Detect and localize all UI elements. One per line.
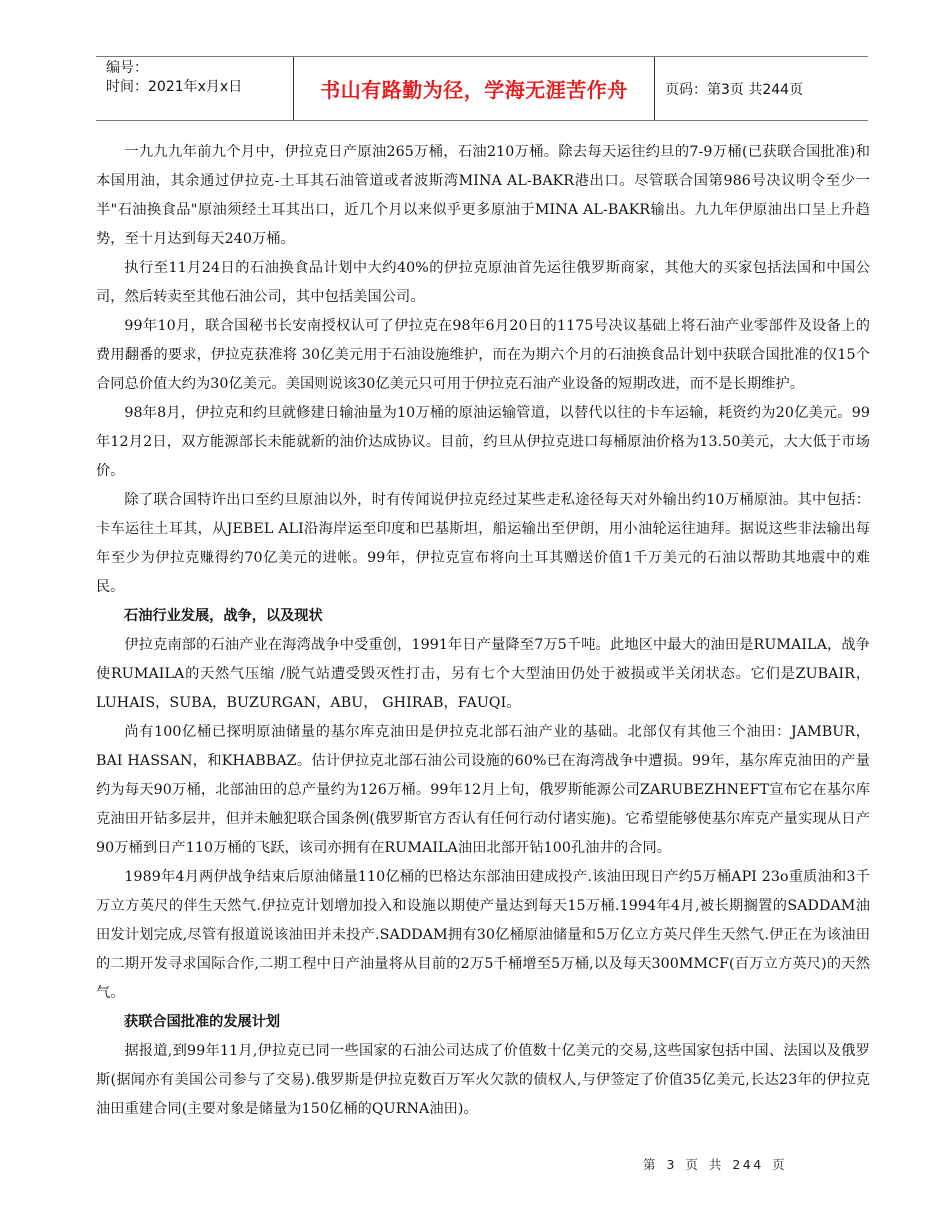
- section-heading: 获联合国批准的发展计划: [96, 1008, 870, 1037]
- paragraph: 尚有100亿桶已探明原油储量的基尔库克油田是伊拉克北部石油产业的基础。北部仅有其…: [96, 718, 870, 863]
- paragraph: 伊拉克南部的石油产业在海湾战争中受重创，1991年日产量降至7万5千吨。此地区中…: [96, 631, 870, 718]
- header-page-cell: 页码：第3页 共244页: [655, 57, 868, 120]
- motto-text: 书山有路勤为径，学海无涯苦作舟: [320, 74, 628, 103]
- header-motto-cell: 书山有路勤为径，学海无涯苦作舟: [294, 57, 655, 120]
- paragraph: 98年8月，伊拉克和约旦就修建日输油量为10万桶的原油运输管道，以替代以往的卡车…: [96, 399, 870, 486]
- document-header: 编号： 时间：2021年x月x日 书山有路勤为径，学海无涯苦作舟 页码：第3页 …: [96, 56, 868, 121]
- section-heading: 石油行业发展，战争，以及现状: [96, 602, 870, 631]
- date-label: 时间：2021年x月x日: [106, 78, 293, 97]
- paragraph: 执行至11月24日的石油换食品计划中大约40%的伊拉克原油首先运往俄罗斯商家，其…: [96, 254, 870, 312]
- document-body: 一九九九年前九个月中，伊拉克日产原油265万桶，石油210万桶。除去每天运往约旦…: [110, 138, 870, 1124]
- paragraph: 99年10月，联合国秘书长安南授权认可了伊拉克在98年6月20日的1175号决议…: [96, 312, 870, 399]
- paragraph: 除了联合国特许出口至约旦原油以外，时有传闻说伊拉克经过某些走私途径每天对外输出约…: [96, 486, 870, 602]
- serial-number-label: 编号：: [106, 59, 293, 78]
- paragraph: 一九九九年前九个月中，伊拉克日产原油265万桶，石油210万桶。除去每天运往约旦…: [96, 138, 870, 254]
- header-meta-cell: 编号： 时间：2021年x月x日: [96, 57, 294, 120]
- paragraph: 据报道,到99年11月,伊拉克已同一些国家的石油公司达成了价值数十亿美元的交易,…: [96, 1037, 870, 1124]
- paragraph: 1989年4月两伊战争结束后原油储量110亿桶的巴格达东部油田建成投产.该油田现…: [96, 863, 870, 1008]
- header-page-info: 页码：第3页 共244页: [665, 79, 868, 99]
- page-footer: 第 3 页 共 244 页: [643, 1155, 787, 1173]
